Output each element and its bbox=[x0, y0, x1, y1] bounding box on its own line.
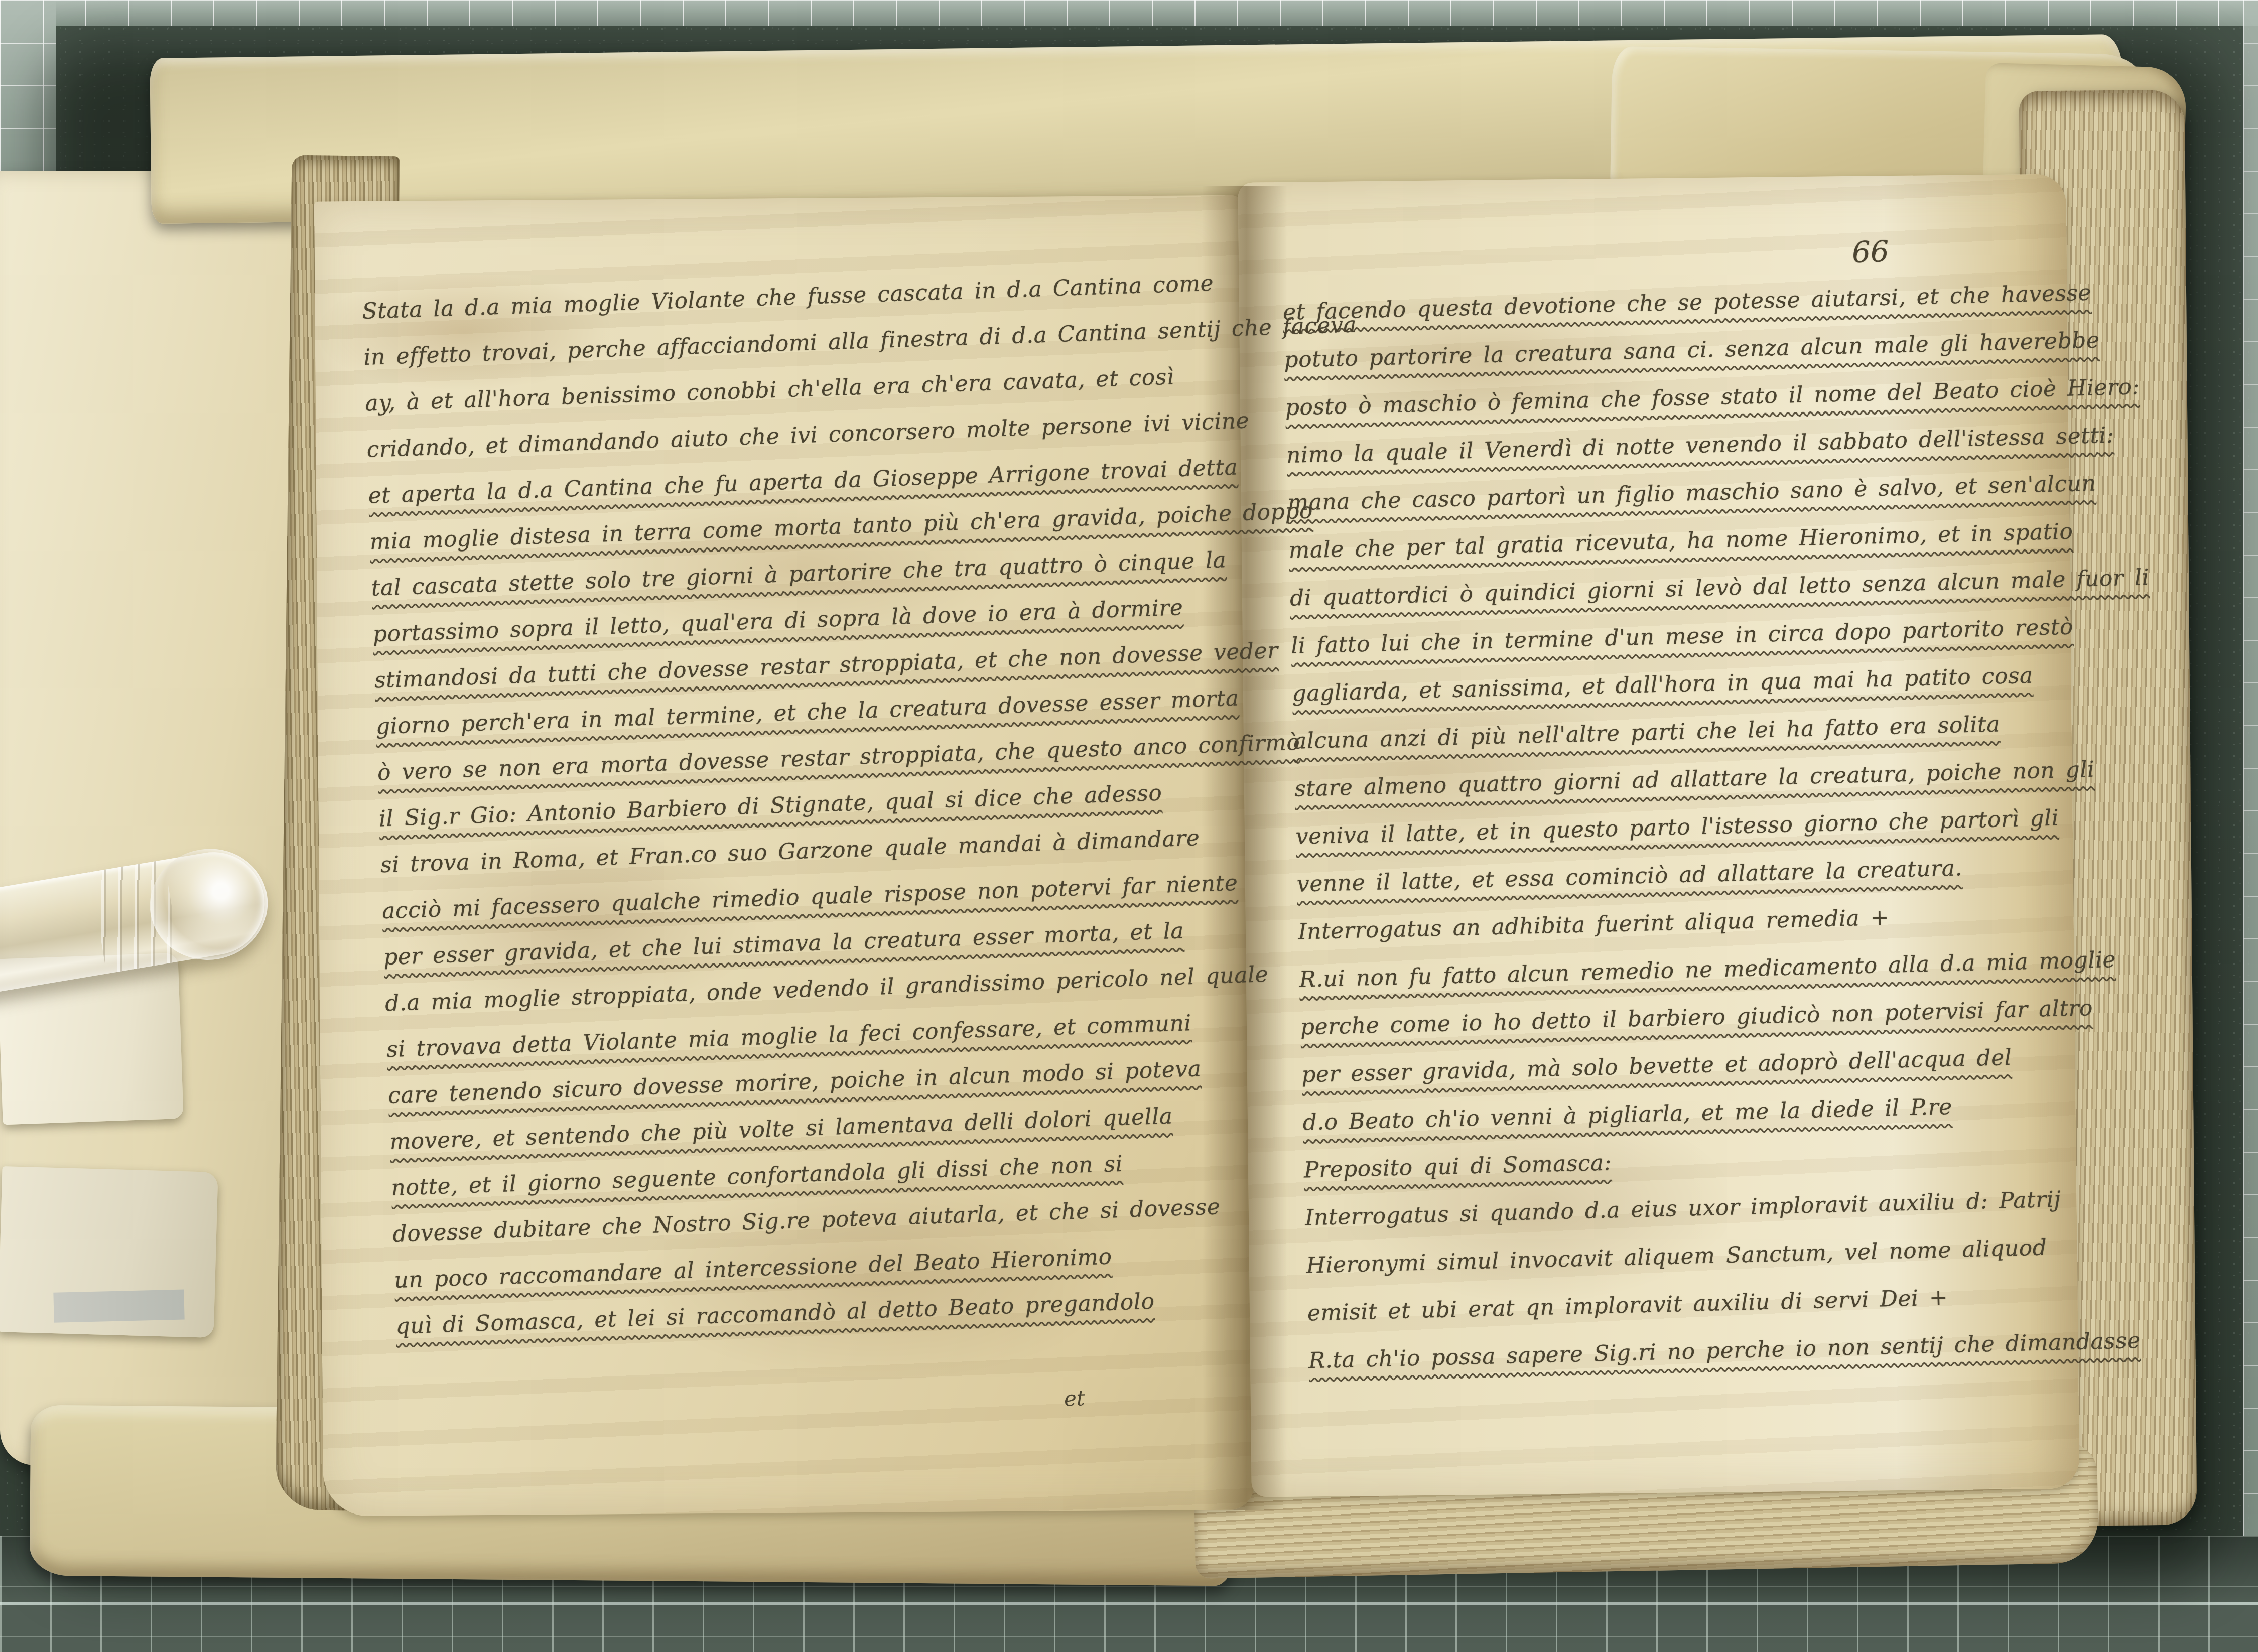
ruler-grid-right-edge bbox=[2243, 0, 2258, 1652]
right-page-text: et facendo questa devotione che se potes… bbox=[1282, 269, 2102, 1385]
catchword: et bbox=[1064, 1386, 1085, 1411]
loose-paper-slip bbox=[0, 1166, 218, 1338]
manuscript-photo-scene: Stata la d.a mia moglie Violante che fus… bbox=[0, 0, 2258, 1652]
ruler-grid-top bbox=[0, 0, 2258, 26]
page-number: 66 bbox=[1851, 234, 1890, 270]
left-page-text: Stata la d.a mia moglie Violante che fus… bbox=[361, 259, 1289, 1350]
